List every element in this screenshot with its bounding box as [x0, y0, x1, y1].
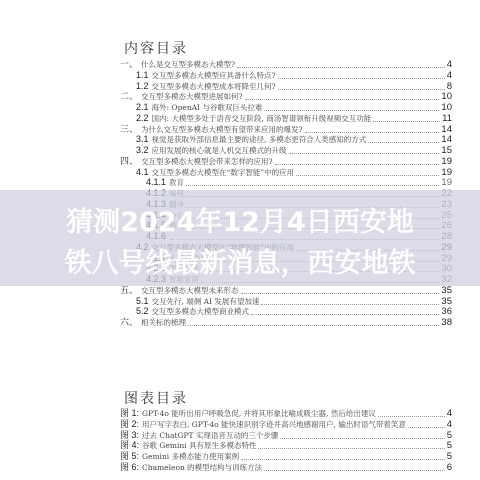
toc-entry-text: 用户写字表白, GPT-4o 能快速识别字迹并高兴地感谢用户, 输出时语气带着笑…: [142, 420, 406, 429]
toc-entry[interactable]: 图 5:Gemini 多模态能力使用案例5: [120, 451, 452, 462]
toc-entry-number: 4.1: [136, 167, 149, 177]
toc-entry[interactable]: 4.1.1教育19: [146, 177, 452, 188]
toc-entry-text: GPT-4o 能听出用户呼吸急促, 并将其形象比喻成吸尘器, 然后给出建议: [142, 409, 376, 418]
toc-entry-number: 五、: [120, 285, 138, 295]
toc-entry-page: 10: [441, 103, 452, 113]
toc-entry-number: 一、: [120, 59, 138, 69]
toc-entry[interactable]: 3.1视觉是获取外部信息最主要的途径, 多模态更符合人类感知的方式14: [136, 134, 452, 145]
toc-entry-number: 图 6:: [120, 462, 139, 472]
headline-line-2: 铁八号线最新消息，西安地铁: [0, 241, 480, 280]
dot-leader: [296, 174, 439, 176]
toc-entry-text: 交互型多模态大模型应具备什么特点?: [152, 71, 276, 80]
toc-entry-page: 8: [447, 82, 452, 92]
dot-leader: [373, 120, 440, 122]
toc-entry-page: 4: [447, 60, 452, 70]
contents-title: 内容目录: [124, 38, 188, 58]
toc-entry-text: 交互型多模态大模型成本将降至几何?: [152, 82, 276, 91]
toc-entry-label: 二、交互型多模态大模型进展如何?: [120, 91, 243, 102]
toc-entry-page: 4: [447, 420, 452, 430]
toc-entry-number: 4.1.1: [146, 177, 166, 187]
toc-entry-label: 4.1交互型多模态大模型在“数字智能”中的应用: [136, 167, 294, 178]
toc-entry-text: 应用发展的核心就是人机交互模式的升级: [152, 146, 287, 155]
toc-entry-label: 五、交互型多模态大模型未来形态: [120, 285, 239, 296]
toc-entry-page: 19: [441, 157, 452, 167]
dot-leader: [264, 109, 439, 111]
toc-entry-page: 38: [441, 318, 452, 328]
toc-entry-text: 交互型多模态大模型在“数字智能”中的应用: [152, 168, 295, 177]
toc-entry[interactable]: 4.1交互型多模态大模型在“数字智能”中的应用19: [136, 167, 452, 178]
toc-entry[interactable]: 5.2交互型多模态大模型商业模式36: [136, 306, 452, 317]
toc-entry-number: 3.2: [136, 145, 149, 155]
toc-entry[interactable]: 六、相关标的梳理38: [120, 317, 452, 328]
toc-entry-number: 图 5:: [120, 451, 139, 461]
toc-entry[interactable]: 二、交互型多模态大模型进展如何?10: [120, 91, 452, 102]
dot-leader: [251, 313, 439, 315]
toc-entry-page: 4: [447, 409, 452, 419]
toc-entry[interactable]: 一、什么是交互型多模态大模型?4: [120, 59, 452, 70]
toc-entry-label: 图 4:谷歌 Gemini 具有原生多模态特性: [120, 440, 256, 451]
toc-entry-page: 15: [441, 146, 452, 156]
dot-leader: [305, 131, 440, 133]
toc-entry[interactable]: 四、交互型多模态大模型会带来怎样的应用?19: [120, 156, 452, 167]
dot-leader: [408, 426, 445, 428]
toc-entry[interactable]: 图 3:过去 ChatGPT 实现语音互动的三个步骤5: [120, 430, 452, 441]
toc-entry[interactable]: 1.1交互型多模态大模型应具备什么特点?4: [136, 70, 452, 81]
dot-leader: [188, 324, 439, 326]
toc-entry-page: 36: [441, 307, 452, 317]
toc-entry[interactable]: 图 1:GPT-4o 能听出用户呼吸急促, 并将其形象比喻成吸尘器, 然后给出建…: [120, 408, 452, 419]
dot-leader: [245, 98, 440, 100]
toc-entry-number: 3.1: [136, 134, 149, 144]
toc-entry-text: 交互型多模态大模型商业模式: [152, 307, 250, 316]
toc-entry-label: 5.2交互型多模态大模型商业模式: [136, 306, 249, 317]
dot-leader: [237, 66, 445, 68]
toc-entry[interactable]: 图 2:用户写字表白, GPT-4o 能快速识别字迹并高兴地感谢用户, 输出时语…: [120, 419, 452, 430]
toc-entry[interactable]: 图 6:Chameleon 的模型结构与训练方法6: [120, 462, 452, 473]
dot-leader: [289, 152, 440, 154]
toc-entry-label: 4.1.1教育: [146, 177, 184, 188]
toc-entry-text: 交互型多模态大模型会带来怎样的应用?: [141, 157, 273, 166]
toc-entry-text: 什么是交互型多模态大模型?: [141, 60, 235, 69]
figures-title: 图表目录: [124, 388, 188, 408]
dot-leader: [378, 415, 445, 417]
toc-entry[interactable]: 三、为什么交互型多模态大模型有望带来应用的爆发?14: [120, 124, 452, 135]
toc-entry-number: 2.1: [136, 102, 149, 112]
toc-entry-label: 1.1交互型多模态大模型应具备什么特点?: [136, 70, 276, 81]
toc-entry[interactable]: 五、交互型多模态大模型未来形态35: [120, 285, 452, 296]
toc-entry-label: 1.2交互型多模态大模型成本将降至几何?: [136, 81, 276, 92]
toc-entry-text: Gemini 多模态能力使用案例: [142, 452, 239, 461]
dot-leader: [280, 437, 444, 439]
toc-entry[interactable]: 图 4:谷歌 Gemini 具有原生多模态特性5: [120, 440, 452, 451]
toc-entry-label: 图 5:Gemini 多模态能力使用案例: [120, 451, 239, 462]
toc-entry-number: 图 3:: [120, 430, 139, 440]
toc-entry-text: 海外: OpenAI 与谷歌双巨头拉难: [152, 103, 263, 112]
toc-entry-page: 19: [441, 168, 452, 178]
dot-leader: [278, 77, 445, 79]
toc-entry-page: 11: [442, 114, 452, 124]
headline-line-1: 猜测2024年12月4日西安地: [0, 200, 480, 239]
toc-entry-number: 四、: [120, 156, 138, 166]
toc-entry-number: 图 2:: [120, 419, 139, 429]
toc-entry-text: 为什么交互型多模态大模型有望带来应用的爆发?: [141, 125, 303, 134]
toc-entry-label: 3.1视觉是获取外部信息最主要的途径, 多模态更符合人类感知的方式: [136, 134, 366, 145]
toc-entry-page: 5: [447, 452, 452, 462]
toc-entry-text: 谷歌 Gemini 具有原生多模态特性: [142, 441, 256, 450]
dot-leader: [186, 184, 439, 186]
toc-entry-page: 4: [447, 71, 452, 81]
toc-entry-page: 5: [447, 441, 452, 451]
toc-entry-number: 1.2: [136, 81, 149, 91]
toc-entry-number: 六、: [120, 317, 138, 327]
toc-entry-label: 图 3:过去 ChatGPT 实现语音互动的三个步骤: [120, 430, 278, 441]
toc-entry-text: 交互型多模态大模型未来形态: [141, 286, 239, 295]
toc-entry[interactable]: 5.1交互先行, 端侧 AI 发展有望加速35: [136, 296, 452, 307]
toc-entry[interactable]: 3.2应用发展的核心就是人机交互模式的升级15: [136, 145, 452, 156]
dot-leader: [264, 469, 445, 471]
toc-entry-label: 2.1海外: OpenAI 与谷歌双巨头拉难: [136, 102, 262, 113]
toc-entry-label: 六、相关标的梳理: [120, 317, 186, 328]
dot-leader: [275, 163, 440, 165]
toc-entry-number: 三、: [120, 124, 138, 134]
toc-entry-page: 6: [447, 463, 452, 473]
toc-entry-page: 10: [441, 92, 452, 102]
toc-entry-number: 图 4:: [120, 440, 139, 450]
toc-entry-number: 5.2: [136, 306, 149, 316]
toc-entry-text: 交互先行, 端侧 AI 发展有望加速: [152, 297, 260, 306]
toc-entry-page: 5: [447, 431, 452, 441]
toc-entry-label: 图 1:GPT-4o 能听出用户呼吸急促, 并将其形象比喻成吸尘器, 然后给出建…: [120, 408, 376, 419]
dot-leader: [241, 458, 445, 460]
toc-entry[interactable]: 2.1海外: OpenAI 与谷歌双巨头拉难10: [136, 102, 452, 113]
toc-entry-number: 二、: [120, 91, 138, 101]
toc-entry[interactable]: 2.2国内: 大模型多处于语音交互阶段, 商汤智谱领衔升级视频交互功能11: [136, 113, 452, 124]
toc-entry-number: 1.1: [136, 70, 149, 80]
dot-leader: [241, 292, 440, 294]
toc-entry-text: 国内: 大模型多处于语音交互阶段, 商汤智谱领衔升级视频交互功能: [152, 114, 372, 123]
toc-entry-number: 5.1: [136, 296, 149, 306]
toc-entry-text: 视觉是获取外部信息最主要的途径, 多模态更符合人类感知的方式: [152, 135, 367, 144]
dot-leader: [258, 447, 444, 449]
toc-entry-label: 一、什么是交互型多模态大模型?: [120, 59, 235, 70]
toc-entry-number: 2.2: [136, 113, 149, 123]
toc-entry-text: 过去 ChatGPT 实现语音互动的三个步骤: [142, 431, 278, 440]
toc-entry-page: 19: [441, 178, 452, 188]
toc-entry-number: 图 1:: [120, 408, 139, 418]
toc-entry-label: 5.1交互先行, 端侧 AI 发展有望加速: [136, 296, 259, 307]
dot-leader: [261, 303, 439, 305]
toc-entry-text: 相关标的梳理: [141, 318, 186, 327]
toc-entry-page: 35: [441, 297, 452, 307]
toc-entry-page: 14: [441, 135, 452, 145]
dot-leader: [278, 88, 445, 90]
toc-entry-text: 交互型多模态大模型进展如何?: [141, 92, 243, 101]
toc-entry-page: 14: [441, 125, 452, 135]
toc-entry-label: 三、为什么交互型多模态大模型有望带来应用的爆发?: [120, 124, 303, 135]
toc-entry[interactable]: 1.2交互型多模态大模型成本将降至几何?8: [136, 81, 452, 92]
toc-entry-label: 3.2应用发展的核心就是人机交互模式的升级: [136, 145, 287, 156]
toc-entry-label: 图 6:Chameleon 的模型结构与训练方法: [120, 462, 262, 473]
toc-entry-text: 教育: [169, 178, 184, 187]
toc-entry-text: Chameleon 的模型结构与训练方法: [142, 463, 262, 472]
toc-entry-page: 35: [441, 286, 452, 296]
document-page: 内容目录 一、什么是交互型多模态大模型?41.1交互型多模态大模型应具备什么特点…: [0, 0, 480, 480]
toc-entry-label: 四、交互型多模态大模型会带来怎样的应用?: [120, 156, 273, 167]
dot-leader: [368, 141, 439, 143]
toc-entry-label: 2.2国内: 大模型多处于语音交互阶段, 商汤智谱领衔升级视频交互功能: [136, 113, 371, 124]
toc-entry-label: 图 2:用户写字表白, GPT-4o 能快速识别字迹并高兴地感谢用户, 输出时语…: [120, 419, 406, 430]
